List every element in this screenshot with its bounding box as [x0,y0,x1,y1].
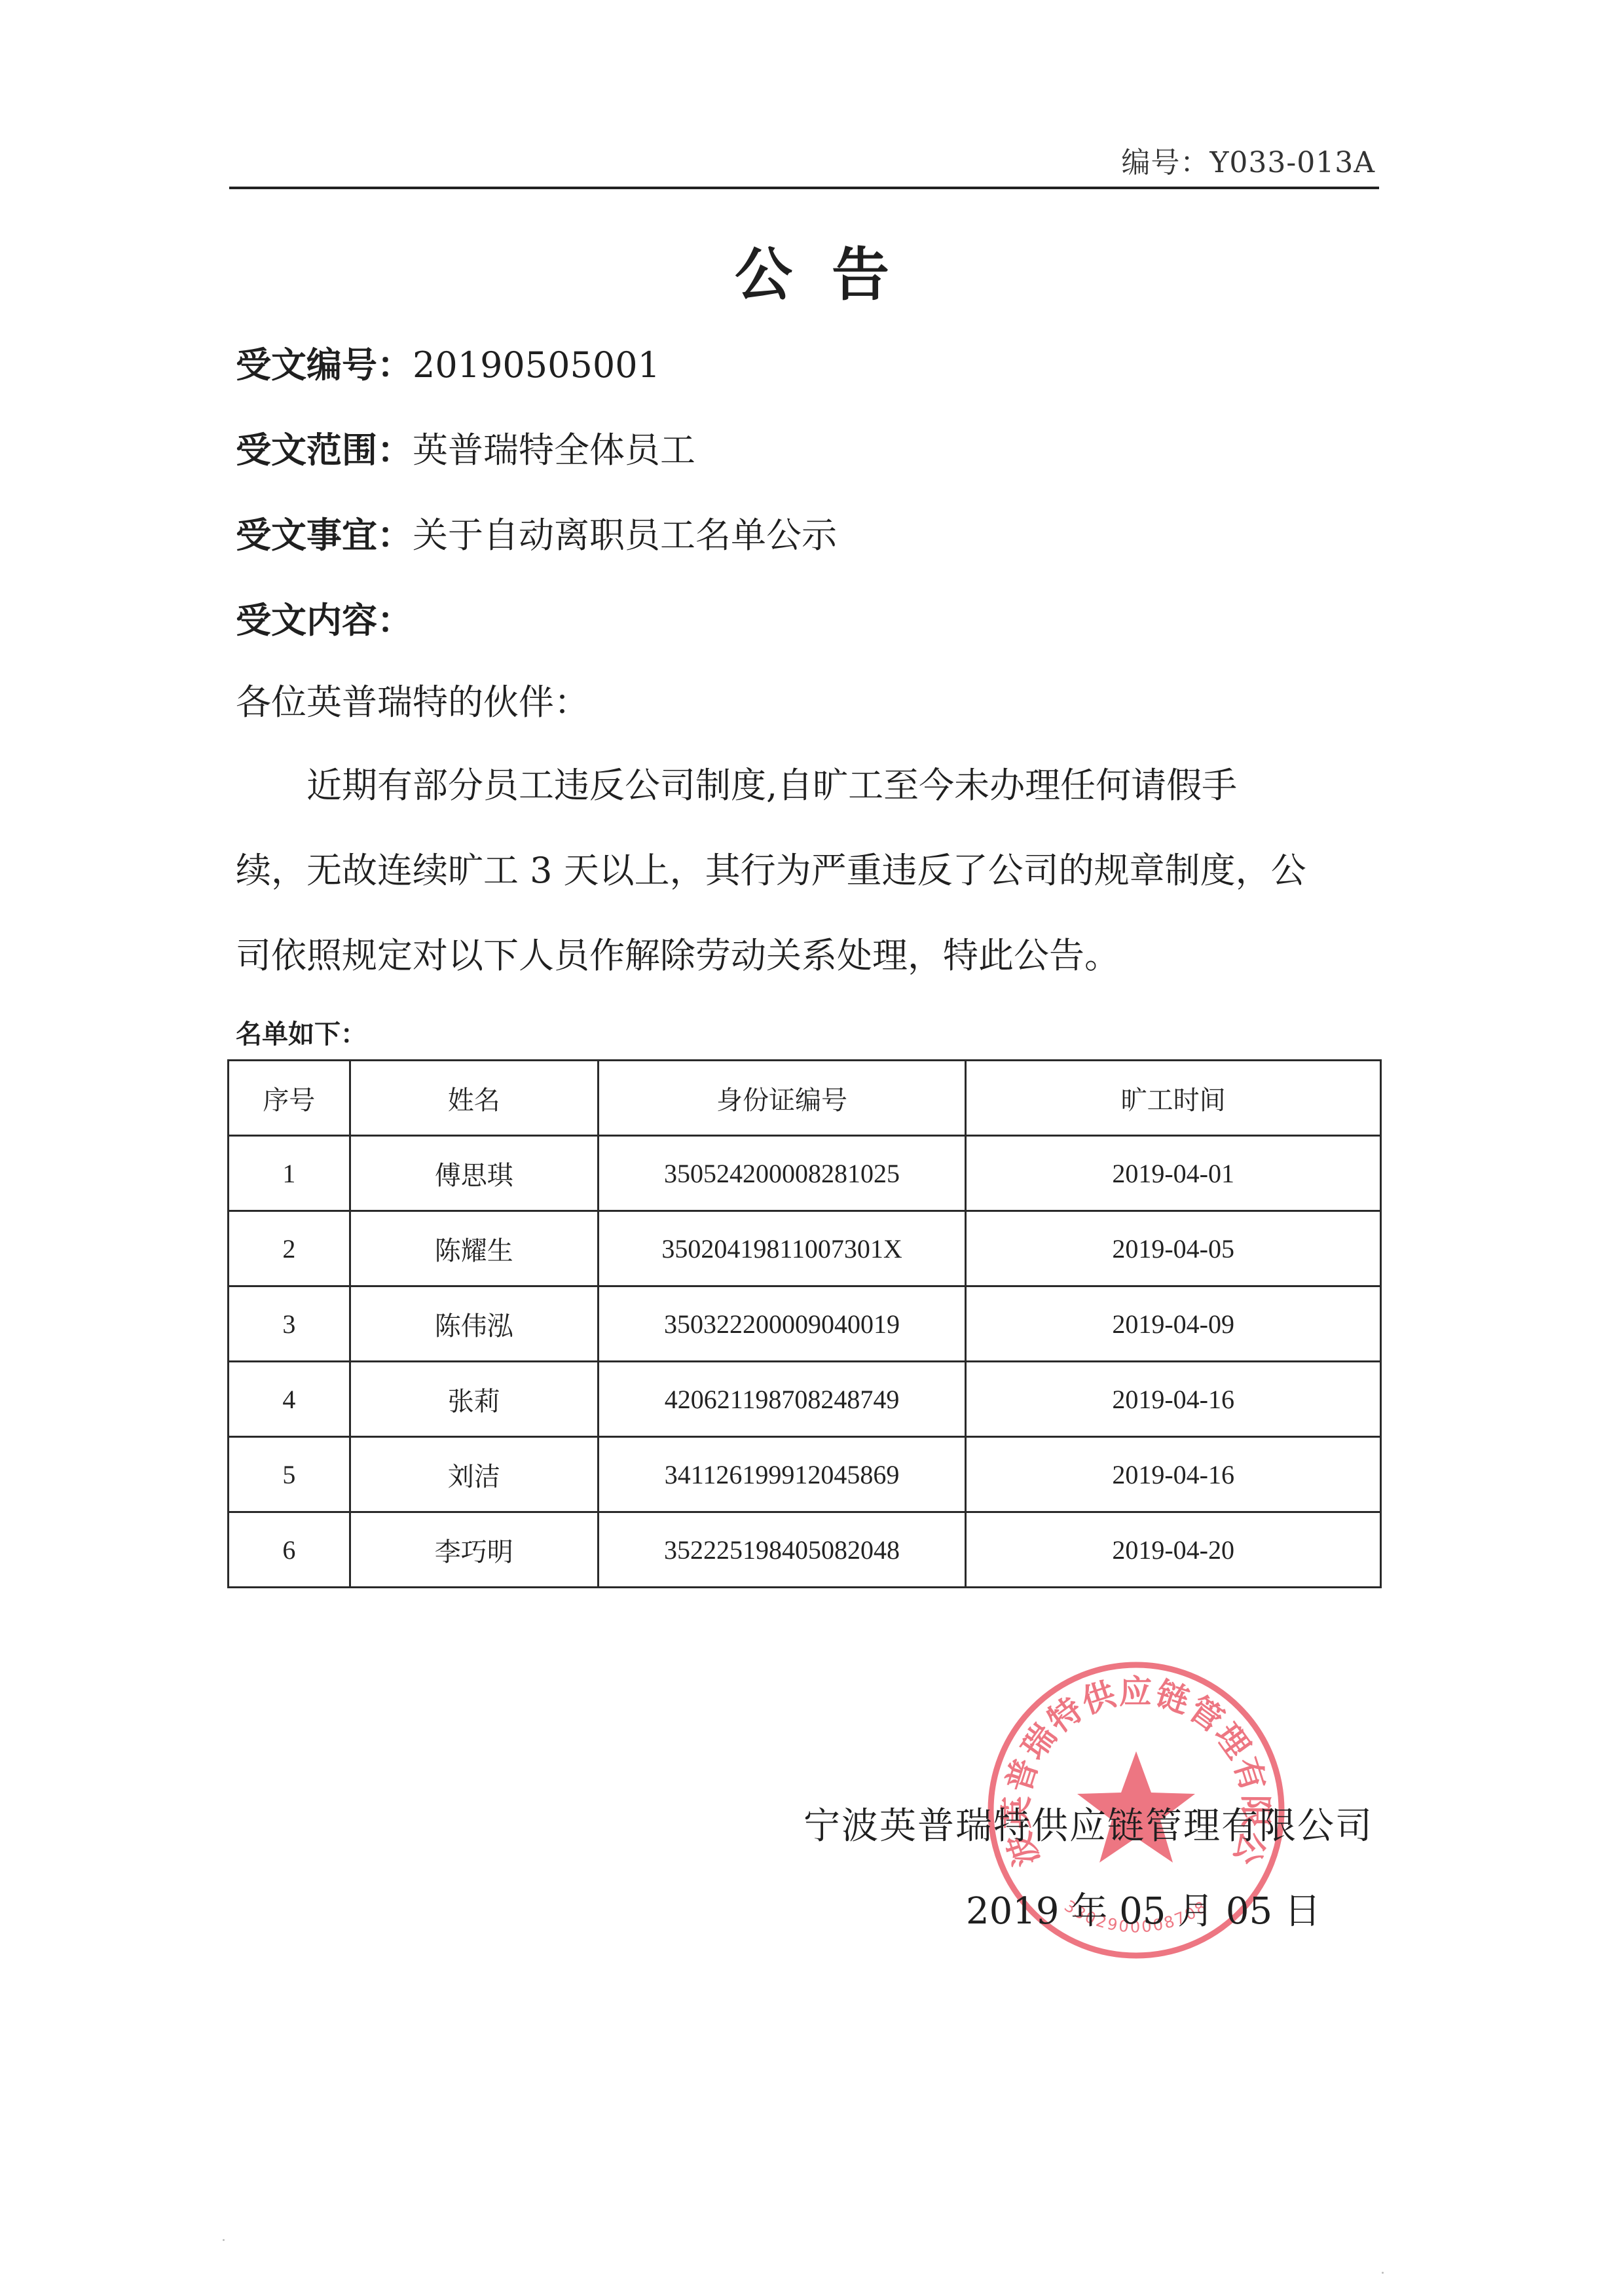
field-value: 英普瑞特全体员工 [413,429,695,471]
absentee-table: 序号 姓名 身份证编号 旷工时间 1 傅思琪 35052420000828102… [227,1059,1382,1588]
field-label: 受文事宜： [236,515,413,556]
table-row: 3 陈伟泓 350322200009040019 2019-04-09 [229,1286,1381,1362]
cell-no: 2 [229,1211,350,1286]
body-paragraph: 近期有部分员工违反公司制度,自旷工至今未办理任何请假手 续，无故连续旷工 3 天… [236,743,1378,998]
body-line: 司依照规定对以下人员作解除劳动关系处理，特此公告。 [236,913,1378,998]
scan-speck [1382,2272,1384,2274]
column-header-name: 姓名 [350,1061,598,1136]
column-header-no: 序号 [229,1061,350,1136]
column-header-date: 旷工时间 [966,1061,1381,1136]
cell-name: 陈耀生 [350,1211,598,1286]
field-value: 20190505001 [413,344,660,386]
table-row: 1 傅思琪 350524200008281025 2019-04-01 [229,1136,1381,1211]
signature-company: 宁波英普瑞特供应链管理有限公司 [803,1797,1373,1850]
cell-date: 2019-04-01 [966,1136,1381,1211]
column-header-id: 身份证编号 [598,1061,966,1136]
cell-name: 张莉 [350,1362,598,1437]
table-header-row: 序号 姓名 身份证编号 旷工时间 [229,1061,1381,1136]
cell-date: 2019-04-16 [966,1437,1381,1512]
cell-no: 4 [229,1362,350,1437]
field-label: 受文编号： [236,344,413,386]
table-row: 4 张莉 420621198708248749 2019-04-16 [229,1362,1381,1437]
table-row: 5 刘洁 341126199912045869 2019-04-16 [229,1437,1381,1512]
cell-id: 352225198405082048 [598,1512,966,1588]
cell-id: 350524200008281025 [598,1136,966,1211]
field-value: 关于自动离职员工名单公示 [413,515,837,556]
page-title: 公告 [0,229,1624,312]
header-divider [229,187,1379,189]
cell-id: 420621198708248749 [598,1362,966,1437]
cell-id: 350322200009040019 [598,1286,966,1362]
field-label: 受文范围： [236,429,413,471]
field-document-number: 受文编号：20190505001 [236,337,660,388]
scan-speck [223,2239,225,2241]
cell-date: 2019-04-16 [966,1362,1381,1437]
body-line: 续，无故连续旷工 3 天以上，其行为严重违反了公司的规章制度，公 [236,828,1378,913]
cell-name: 李巧明 [350,1512,598,1588]
cell-id: 35020419811007301X [598,1211,966,1286]
greeting: 各位英普瑞特的伙伴： [236,674,589,725]
cell-no: 3 [229,1286,350,1362]
document-code: 编号：Y033-013A [1121,139,1375,181]
field-content: 受文内容： [236,592,413,643]
cell-no: 1 [229,1136,350,1211]
body-line: 近期有部分员工违反公司制度,自旷工至今未办理任何请假手 [236,743,1378,828]
table-row: 2 陈耀生 35020419811007301X 2019-04-05 [229,1211,1381,1286]
cell-date: 2019-04-09 [966,1286,1381,1362]
field-subject: 受文事宜：关于自动离职员工名单公示 [236,507,837,558]
cell-date: 2019-04-05 [966,1211,1381,1286]
cell-id: 341126199912045869 [598,1437,966,1512]
cell-date: 2019-04-20 [966,1512,1381,1588]
table-row: 6 李巧明 352225198405082048 2019-04-20 [229,1512,1381,1588]
cell-no: 6 [229,1512,350,1588]
cell-name: 刘洁 [350,1437,598,1512]
cell-name: 傅思琪 [350,1136,598,1211]
document-code-label: 编号： [1121,146,1209,179]
document-code-value: Y033-013A [1209,146,1375,179]
cell-no: 5 [229,1437,350,1512]
list-label: 名单如下： [236,1013,367,1051]
cell-name: 陈伟泓 [350,1286,598,1362]
field-scope: 受文范围：英普瑞特全体员工 [236,422,695,473]
signature-date: 2019 年 05 月 05 日 [966,1882,1373,1935]
field-label: 受文内容： [236,600,413,641]
